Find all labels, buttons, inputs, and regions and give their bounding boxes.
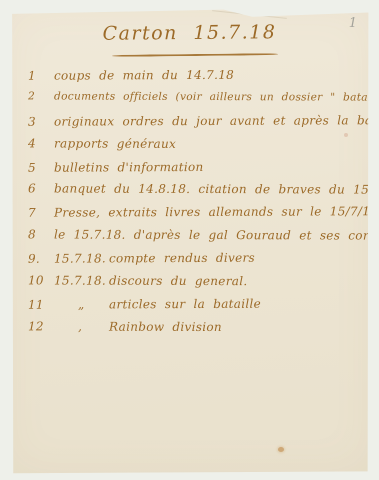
list-item: 2 documents officiels (voir ailleurs un … [28,90,371,114]
item-number: 7 [28,206,54,220]
item-text: Rainbow division [109,319,222,333]
page-title: Carton 15.7.18 [0,20,379,45]
item-text: le 15.7.18. d'après le gal Gouraud et se… [54,228,379,243]
foxing-spot [344,133,348,137]
item-date: 15.7.18. [54,274,109,288]
list-item: 6 banquet du 14.8.18. citation de braves… [28,182,371,206]
list-item: 5 bulletins d'information [28,159,371,183]
item-number: 4 [28,136,54,150]
item-text: banquet du 14.8.18. citation de braves d… [54,182,379,197]
item-number: 12 [28,319,54,333]
list-item: 11 „ articles sur la bataille [28,296,371,320]
ink-stain [278,447,284,452]
inventory-list: 1 coups de main du 14.7.18 2 documents o… [28,68,371,343]
item-number: 2 [28,90,54,102]
item-text: discours du general. [109,274,248,288]
list-item: 4 rapports généraux [28,136,371,160]
document-scan: 1 Carton 15.7.18 1 coups de main du 14.7… [0,0,379,480]
item-number: 9. [28,252,54,266]
item-number: 3 [28,114,54,128]
list-item: 7 Presse, extraits livres allemands sur … [28,205,371,229]
item-number: 5 [28,160,54,174]
ditto-mark: ‚ [54,319,109,333]
item-number: 6 [28,182,54,196]
paper-crease [212,10,287,19]
list-item: 9. 15.7.18. compte rendus divers [28,250,371,274]
item-text: documents officiels (voir ailleurs un do… [54,90,379,104]
ditto-mark: „ [54,297,109,311]
item-text: compte rendus divers [109,251,255,266]
list-item: 10 15.7.18. discours du general. [28,273,371,297]
list-item: 3 originaux ordres du jour avant et aprè… [28,113,371,137]
item-text: Presse, extraits livres allemands sur le… [54,205,379,220]
item-text: rapports généraux [54,136,176,150]
item-text: articles sur la bataille [109,297,261,312]
item-date: 15.7.18. [54,252,109,266]
paper-sheet: 1 Carton 15.7.18 1 coups de main du 14.7… [0,0,379,480]
title-underline [112,53,278,57]
item-number: 10 [28,273,54,287]
list-item: 12 ‚ Rainbow division [28,319,371,343]
list-item: 1 coups de main du 14.7.18 [28,67,371,91]
item-number: 1 [28,69,54,83]
item-text: originaux ordres du jour avant et après … [54,113,379,129]
item-text: coups de main du 14.7.18 [54,68,234,83]
item-number: 11 [28,298,54,312]
item-text: bulletins d'information [54,160,204,175]
list-item: 8 le 15.7.18. d'après le gal Gouraud et … [28,228,371,252]
item-number: 8 [28,228,54,242]
